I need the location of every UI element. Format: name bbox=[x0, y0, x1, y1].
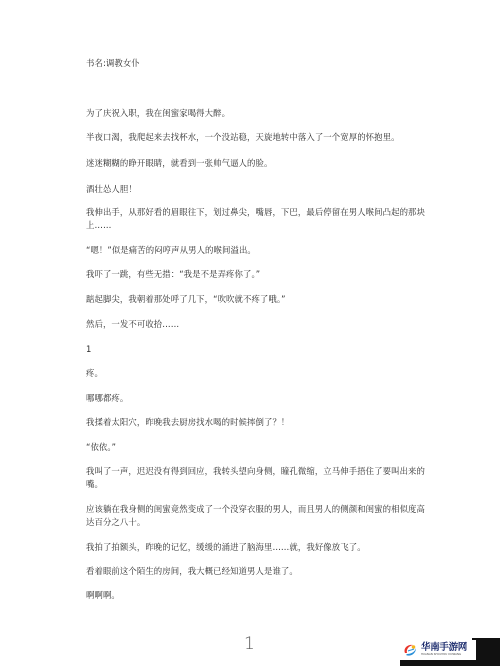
paragraph: 啊啊啊。 bbox=[86, 589, 431, 602]
paragraph: 我吓了一跳，有些无措：“我是不是弄疼你了。” bbox=[86, 268, 431, 281]
paragraph: 哪哪都疼。 bbox=[86, 392, 431, 405]
watermark-backing-bottom bbox=[400, 660, 500, 666]
watermark-title: 华南手游网 bbox=[421, 643, 467, 653]
chapter-number: 1 bbox=[86, 343, 431, 356]
paragraph: 为了庆祝入职，我在闺蜜家喝得大醉。 bbox=[86, 107, 431, 120]
paragraph: 我叫了一声，迟迟没有得到回应，我转头望向身侧，瞳孔微缩，立马伸手捂住了要叫出来的… bbox=[86, 465, 431, 491]
paragraph: 疼。 bbox=[86, 367, 431, 380]
swoosh-logo-icon bbox=[402, 642, 418, 658]
book-title: 书名:调教女仆 bbox=[86, 57, 431, 70]
paragraph: 半夜口渴，我爬起来去找杯水，一个没站稳，天旋地转中落入了一个宽厚的怀抱里。 bbox=[86, 131, 431, 144]
paragraph: 踮起脚尖，我朝着那处呼了几下，“吹吹就不疼了哦。” bbox=[86, 293, 431, 306]
paragraph: 应该躺在我身侧的闺蜜竟然变成了一个没穿衣服的男人，而且男人的侧颜和闺蜜的相似度高… bbox=[86, 503, 431, 529]
paragraph: 迷迷糊糊的睁开眼睛，就看到一张帅气逼人的脸。 bbox=[86, 157, 431, 170]
paragraph: 看着眼前这个陌生的房间，我大概已经知道男人是谁了。 bbox=[86, 565, 431, 578]
paragraph: 然后，一发不可收拾…… bbox=[86, 318, 431, 331]
paragraph: “嗯！”似是痛苦的闷哼声从男人的喉间溢出。 bbox=[86, 244, 431, 257]
document-page: 书名:调教女仆 为了庆祝入职，我在闺蜜家喝得大醉。 半夜口渴，我爬起来去找杯水，… bbox=[0, 0, 500, 666]
paragraph: 我伸出手，从那好看的眉眼往下，划过鼻尖，嘴唇，下巴，最后停留在男人喉间凸起的那块… bbox=[86, 206, 431, 232]
paragraph: 酒壮怂人胆！ bbox=[86, 183, 431, 196]
site-watermark: 华南手游网 HUANAN SHOUYOU DOWANG bbox=[400, 638, 500, 666]
paragraph: 我拍了拍额头，昨晚的记忆，缓缓的涌进了脑海里……就，我好像放飞了。 bbox=[86, 541, 431, 554]
paragraph: “依依。” bbox=[86, 441, 431, 454]
watermark-card: 华南手游网 HUANAN SHOUYOU DOWANG bbox=[400, 640, 476, 660]
paragraph: 我揉着太阳穴，昨晚我去厨房找水喝的时候摔倒了？！ bbox=[86, 416, 431, 429]
watermark-subtitle: HUANAN SHOUYOU DOWANG bbox=[421, 653, 467, 657]
page-number: 1 bbox=[244, 634, 255, 654]
